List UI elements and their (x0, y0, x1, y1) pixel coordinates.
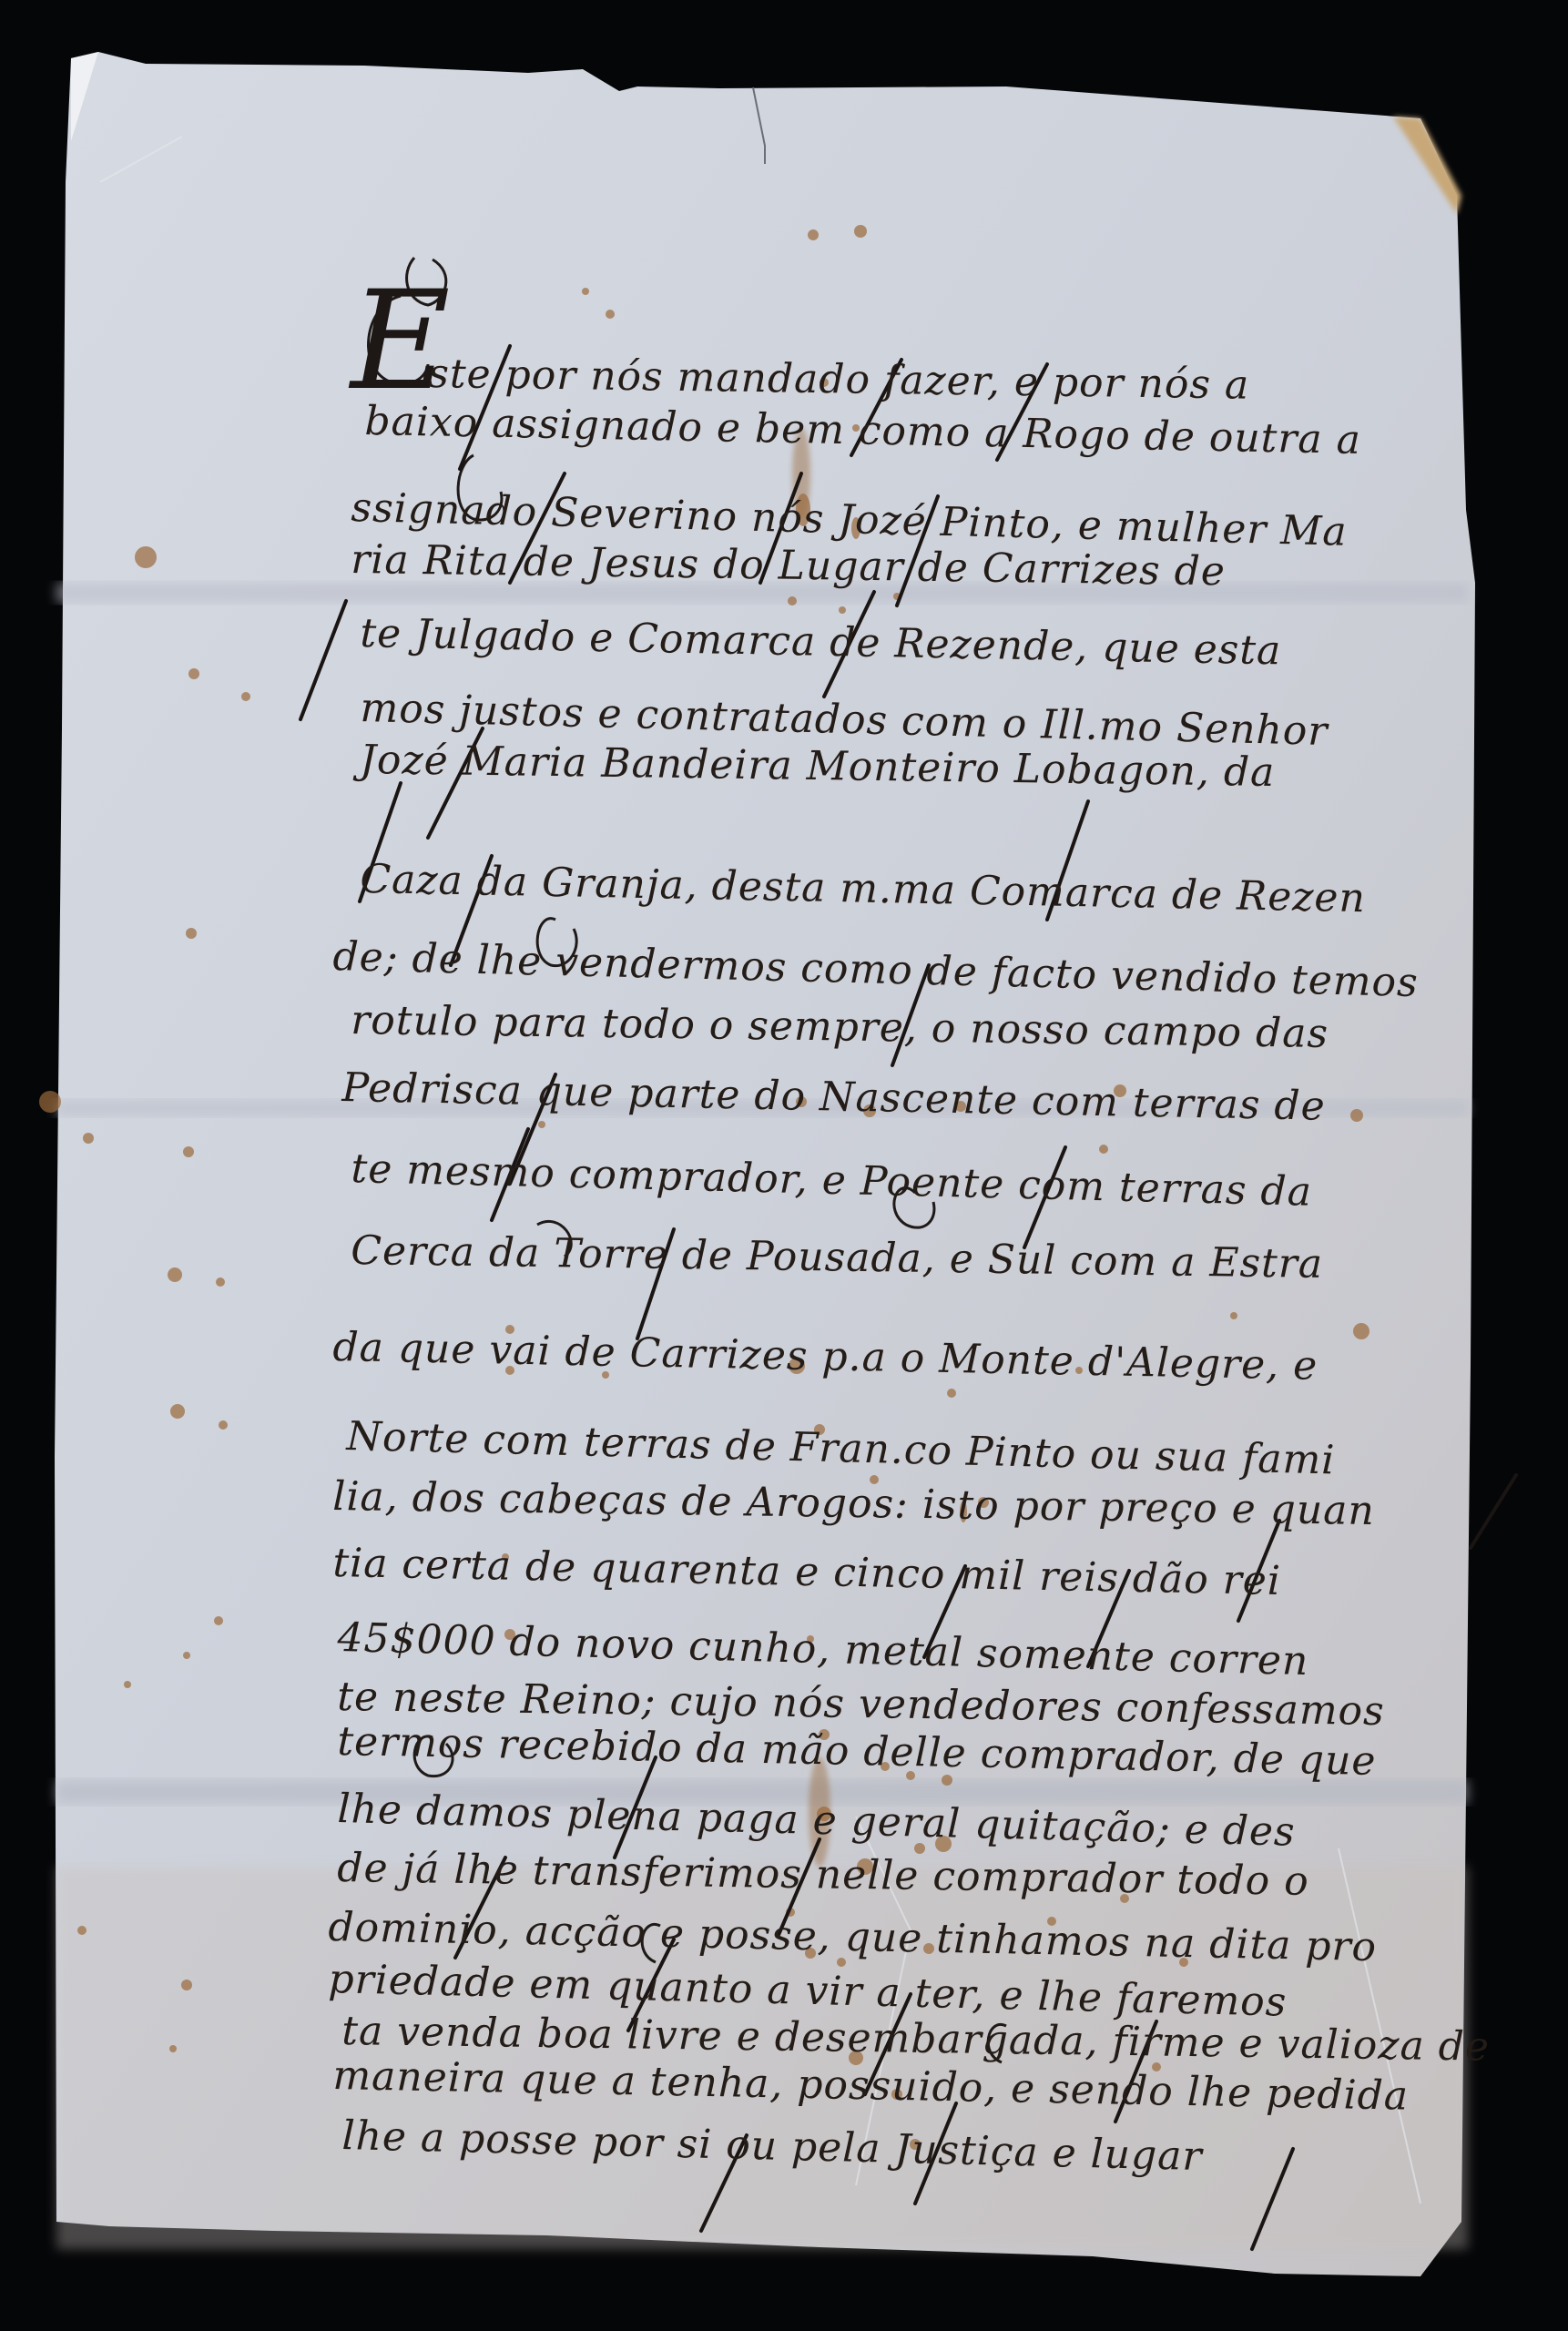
manuscript-page: E ste por nós mandado fazer, e por nós a… (0, 0, 1568, 2331)
